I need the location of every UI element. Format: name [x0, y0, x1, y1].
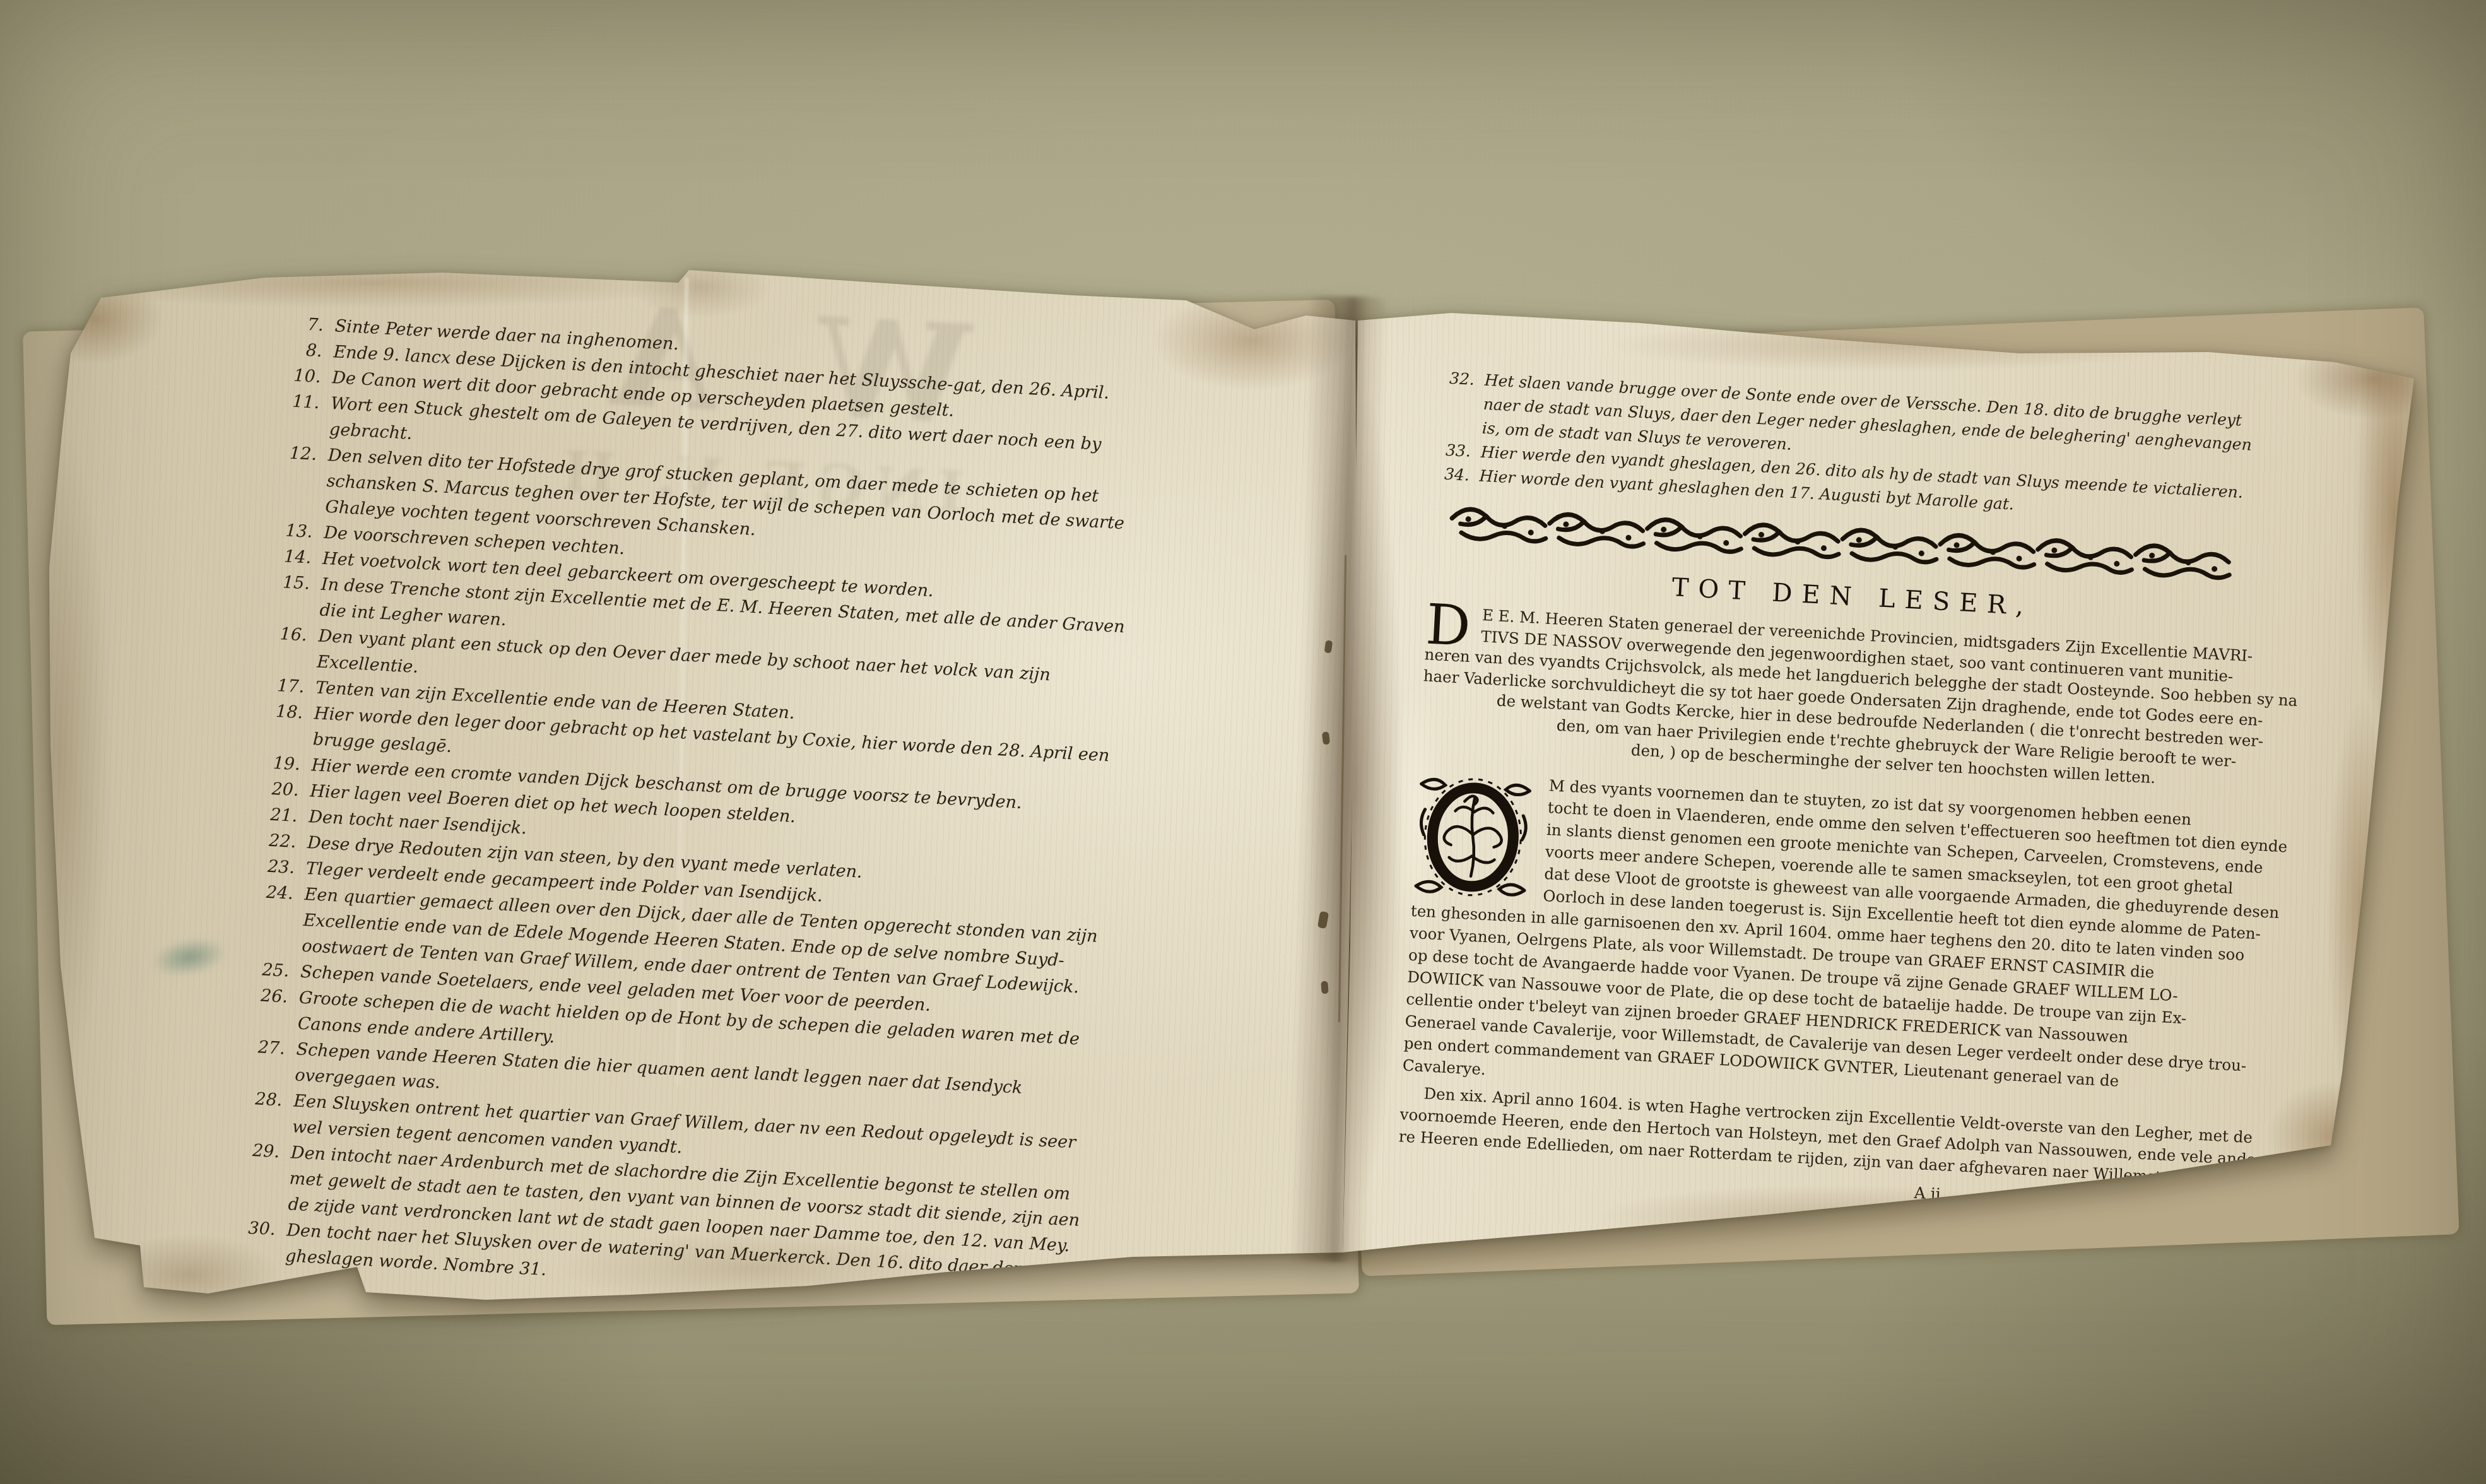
item-number: 20. [259, 775, 311, 804]
item-number: 33. [1435, 438, 1482, 464]
catchword-left: Het [232, 1280, 1116, 1346]
item-number: 26. [248, 982, 300, 1010]
item-number: 30. [235, 1215, 287, 1243]
drop-cap-D: D [1425, 601, 1471, 649]
binding-stitch [1321, 981, 1328, 994]
item-number: 16. [268, 620, 319, 649]
preface-paragraph-1: D E E. M. Heeren Staten generael der ver… [1420, 601, 2275, 794]
item-number: 8. [283, 336, 334, 365]
item-number: 18. [263, 698, 315, 726]
left-page-text: 7. Sinte Peter werde daer na inghenomen.… [232, 310, 1167, 1346]
item-number: 17. [264, 672, 316, 700]
right-page-text: 32. Het slaen vande brugge over de Sonte… [1397, 366, 2287, 1219]
item-number: 15. [270, 568, 322, 597]
item-number: 7. [284, 310, 336, 339]
item-number: 32. [1439, 366, 1485, 392]
ink-stamp-smudge [149, 933, 230, 982]
item-number: 34. [1434, 462, 1480, 488]
item-number: 25. [249, 957, 301, 985]
paragraph-lines: E E. M. Heeren Staten generael der veree… [1420, 601, 2275, 794]
item-number: 29. [240, 1137, 292, 1165]
item-number: 27. [245, 1033, 297, 1062]
item-number: 24. [254, 879, 305, 907]
preface-paragraph-2: M des vyants voornemen dan te stuyten, z… [1402, 767, 2266, 1121]
numbered-legend-list: 7. Sinte Peter werde daer na inghenomen.… [234, 310, 1167, 1313]
item-number: 28. [242, 1085, 294, 1114]
item-number: 19. [261, 750, 312, 778]
item-number: 14. [271, 543, 323, 571]
photo-backdrop: W A INGE V. H 7. Sinte Peter werde daer … [0, 0, 2486, 1484]
item-number: 10. [281, 362, 333, 391]
numbered-legend-list-continued: 32. Het slaen vande brugge over de Sonte… [1434, 366, 2287, 531]
signature-mark: A ij [1914, 1183, 1941, 1203]
item-number: 22. [256, 827, 308, 856]
item-number: 21. [257, 801, 309, 830]
item-number: 12. [277, 440, 329, 468]
woodcut-initial-O [1411, 771, 1535, 909]
item-number: 23. [255, 853, 307, 881]
item-number: 11. [280, 388, 331, 416]
item-number: 13. [273, 517, 324, 546]
binding-stitch [1322, 731, 1330, 745]
catchword-right: dito [2203, 1199, 2236, 1219]
open-booklet: W A INGE V. H 7. Sinte Peter werde daer … [0, 0, 2486, 1484]
